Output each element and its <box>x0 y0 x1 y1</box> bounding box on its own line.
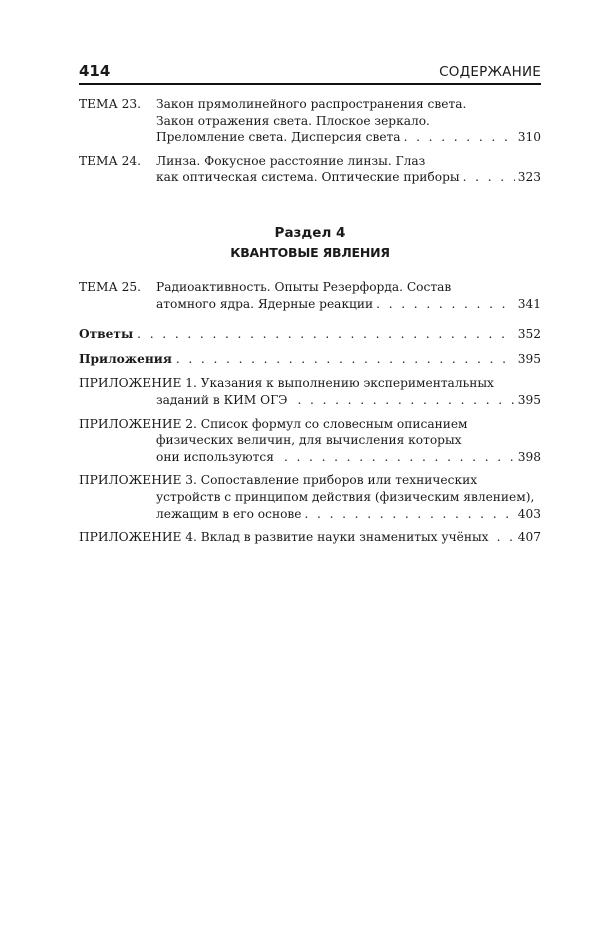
page-header: 414 СОДЕРЖАНИЕ <box>79 60 541 85</box>
dot-leader: . . . . . . . . . . . . . . . . . . . . … <box>497 529 515 546</box>
topic-label: ТЕМА 24. <box>79 153 141 170</box>
section-heading: Раздел 4 КВАНТОВЫЕ ЯВЛЕНИЯ <box>79 224 541 263</box>
dot-leader: . . . . . . . . . . . . . . . . . . . . … <box>137 326 515 343</box>
dot-leader: . . . . . . . . . . . . . . . . . . . . … <box>297 392 514 409</box>
topic-label: ТЕМА 25. <box>79 279 141 296</box>
toc-entry-topic-25[interactable]: ТЕМА 25. Радиоактивность. Опыты Резерфор… <box>79 279 541 312</box>
toc-entry-appendix-3[interactable]: ПРИЛОЖЕНИЕ 3. Сопоставление приборов или… <box>79 472 541 522</box>
topic-title-line: Радиоактивность. Опыты Резерфорда. Соста… <box>156 279 541 296</box>
page-ref[interactable]: 310 <box>518 129 541 146</box>
appendix-title-line: ПРИЛОЖЕНИЕ 2. Список формул со словесным… <box>79 416 541 433</box>
toc-entry-answers[interactable]: Ответы . . . . . . . . . . . . . . . . .… <box>79 326 541 343</box>
page-ref[interactable]: 398 <box>518 449 541 466</box>
topic-label: ТЕМА 23. <box>79 96 141 113</box>
page-ref[interactable]: 395 <box>518 392 541 409</box>
toc-entry-topic-23[interactable]: ТЕМА 23. Закон прямолинейного распростра… <box>79 96 541 146</box>
appendix-title-line: физических величин, для вычисления котор… <box>156 432 541 449</box>
toc-entry-appendix-4[interactable]: ПРИЛОЖЕНИЕ 4. Вклад в развитие науки зна… <box>79 529 541 546</box>
appendix-title-line: устройств с принципом действия (физическ… <box>156 489 541 506</box>
topic-title-line: Закон отражения света. Плоское зеркало. <box>156 113 541 130</box>
dot-leader: . . . . . . . . . . . . . . . . . . . . … <box>284 449 515 466</box>
page-ref[interactable]: 323 <box>518 169 541 186</box>
section-number: Раздел 4 <box>79 224 541 243</box>
appendix-title-line: ПРИЛОЖЕНИЕ 3. Сопоставление приборов или… <box>79 472 541 489</box>
page-ref[interactable]: 407 <box>518 529 541 546</box>
dot-leader: . . . . . . . . . . . . . . . . . . . . … <box>176 351 515 368</box>
topic-title-line: атомного ядра. Ядерные реакции <box>156 296 373 313</box>
table-of-contents: ТЕМА 23. Закон прямолинейного распростра… <box>79 96 541 553</box>
appendix-title-line: ПРИЛОЖЕНИЕ 4. Вклад в развитие науки зна… <box>79 529 489 546</box>
appendix-title-line: заданий в КИМ ОГЭ <box>156 392 287 409</box>
toc-entry-topic-24[interactable]: ТЕМА 24. Линза. Фокусное расстояние линз… <box>79 153 541 186</box>
toc-entry-appendices[interactable]: Приложения . . . . . . . . . . . . . . .… <box>79 351 541 368</box>
page-ref[interactable]: 341 <box>518 296 541 313</box>
topic-title-line: как оптическая система. Оптические прибо… <box>156 169 460 186</box>
topic-title-line: Преломление света. Дисперсия света <box>156 129 401 146</box>
page-ref[interactable]: 403 <box>518 506 541 523</box>
running-title: СОДЕРЖАНИЕ <box>439 64 541 80</box>
dot-leader: . . . . . . . . . . . . . . . . . . . . … <box>404 129 515 146</box>
section-title: КВАНТОВЫЕ ЯВЛЕНИЯ <box>79 243 541 263</box>
page-number: 414 <box>79 62 110 80</box>
dot-leader: . . . . . . . . . . . . . . . . . . . . … <box>376 296 515 313</box>
dot-leader: . . . . . . . . . . . . . . . . . . . . … <box>463 169 515 186</box>
dot-leader: . . . . . . . . . . . . . . . . . . . . … <box>304 506 514 523</box>
toc-entry-appendix-2[interactable]: ПРИЛОЖЕНИЕ 2. Список формул со словесным… <box>79 416 541 466</box>
topic-title-line: Линза. Фокусное расстояние линзы. Глаз <box>156 153 541 170</box>
appendix-title-line: лежащим в его основе <box>156 506 301 523</box>
toc-entry-appendix-1[interactable]: ПРИЛОЖЕНИЕ 1. Указания к выполнению эксп… <box>79 375 541 408</box>
page-ref[interactable]: 395 <box>518 351 541 368</box>
appendices-title: Приложения <box>79 351 172 368</box>
answers-title: Ответы <box>79 326 133 343</box>
appendix-title-line: они используются <box>156 449 274 466</box>
appendix-title-line: ПРИЛОЖЕНИЕ 1. Указания к выполнению эксп… <box>79 375 541 392</box>
page-ref[interactable]: 352 <box>518 326 541 343</box>
topic-title-line: Закон прямолинейного распространения све… <box>156 96 541 113</box>
